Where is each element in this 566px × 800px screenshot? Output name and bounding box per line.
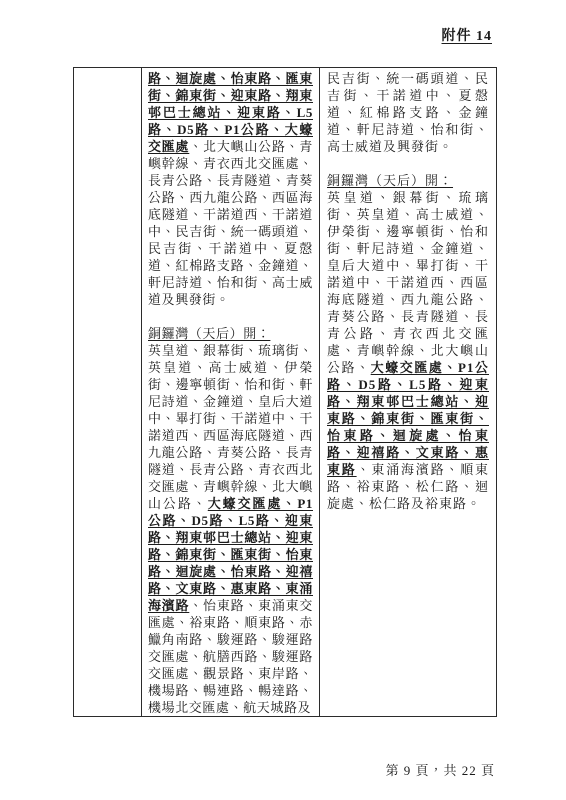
table-cell-route-list-right: 民吉街、統一碼頭道、民吉街、干諾道中、夏慤道、紅棉路支路、金鐘道、軒尼詩道、怡和… xyxy=(319,68,496,716)
route-segment-emphasis: 大蠔交匯處、P1公路、D5路、L5路、迎東路、翔東邨巴士總站、迎東路、錦東街、匯… xyxy=(148,496,313,613)
route-heading-text: 銅鑼灣（天后）開： xyxy=(148,326,270,341)
route-segment-text: 民吉街、統一碼頭道、民吉街、干諾道中、夏慤道、紅棉路支路、金鐘道、軒尼詩道、怡和… xyxy=(327,71,489,154)
annex-label: 附件 14 xyxy=(442,25,493,45)
route-segment-text: 英皇道、銀幕街、琉璃街、英皇道、高士威道、伊榮街、邊寧頓街、怡和街、軒尼詩道、金… xyxy=(327,190,489,375)
route-heading-text: 銅鑼灣（天后）開： xyxy=(327,173,453,188)
route-segment-text: 、怡東路、東涌東交匯處、裕東路、順東路、赤鱲角南路、駿運路、駿運路交匯處、航膳西… xyxy=(148,598,313,715)
route-list-outbound: 英皇道、銀幕街、琉璃街、英皇道、高士威道、伊榮街、邊寧頓街、怡和街、軒尼詩道、金… xyxy=(327,189,489,512)
table-cell-empty xyxy=(74,68,141,716)
route-list-continued: 民吉街、統一碼頭道、民吉街、干諾道中、夏慤道、紅棉路支路、金鐘道、軒尼詩道、怡和… xyxy=(327,70,489,155)
route-list-outbound: 英皇道、銀幕街、琉璃街、英皇道、高士威道、伊榮街、邊寧頓街、怡和街、軒尼詩道、金… xyxy=(148,342,313,716)
route-heading-causeway-bay: 銅鑼灣（天后）開： xyxy=(327,172,489,189)
route-segment-text: 英皇道、銀幕街、琉璃街、英皇道、高士威道、伊榮街、邊寧頓街、怡和街、軒尼詩道、金… xyxy=(148,343,313,511)
table-cell-route-list-left: 路、迴旋處、怡東路、匯東街、錦東街、迎東路、翔東邨巴士總站、迎東路、L5路、D5… xyxy=(141,68,319,716)
route-segment-text: 、北大嶼山公路、青嶼幹線、青衣西北交匯處、長青公路、長青隧道、青葵公路、西九龍公… xyxy=(148,139,313,307)
document-page: 附件 14 路、迴旋處、怡東路、匯東街、錦東街、迎東路、翔東邨巴士總站、迎東路、… xyxy=(0,0,566,800)
page-number: 第 9 頁，共 22 頁 xyxy=(385,760,495,779)
route-segment-emphasis: 大蠔交匯處、P1公路、D5路、L5路、迎東路、翔東邨巴士總站、迎東路、錦東街、匯… xyxy=(327,360,489,477)
route-heading-causeway-bay: 銅鑼灣（天后）開： xyxy=(148,325,313,342)
route-list-continued: 路、迴旋處、怡東路、匯東街、錦東街、迎東路、翔東邨巴士總站、迎東路、L5路、D5… xyxy=(148,70,313,308)
routes-table: 路、迴旋處、怡東路、匯東街、錦東街、迎東路、翔東邨巴士總站、迎東路、L5路、D5… xyxy=(73,67,497,717)
